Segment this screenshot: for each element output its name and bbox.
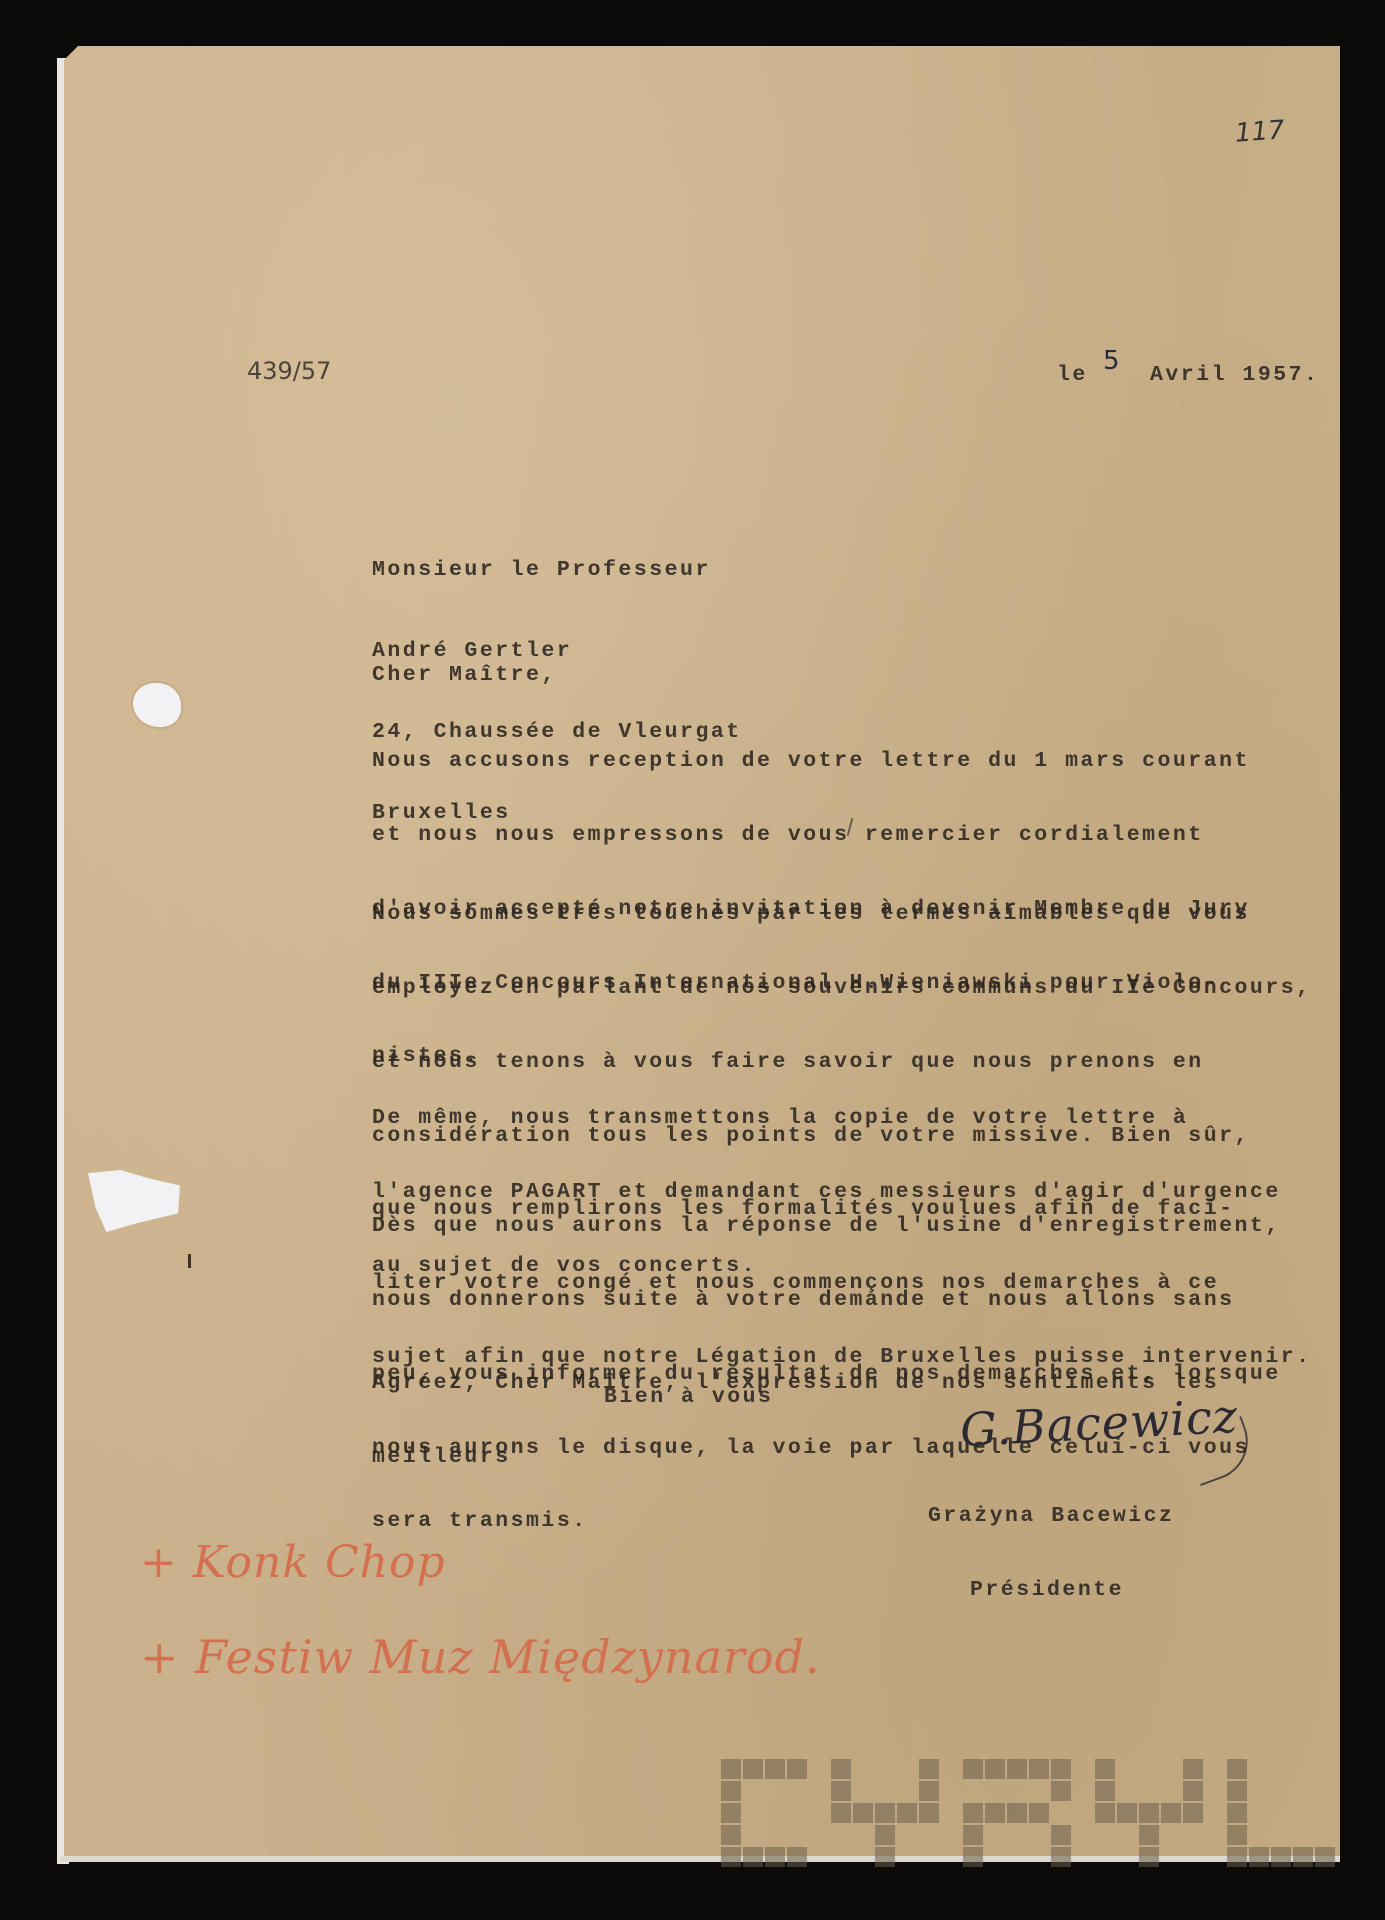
signer-block: Grażyna Bacewicz Présidente	[928, 1455, 1174, 1627]
watermark-cell	[743, 1759, 763, 1779]
text-line: employez en parlant de nos souvenirs com…	[372, 976, 1312, 1001]
watermark-cell	[1227, 1847, 1247, 1867]
watermark-cell	[1293, 1847, 1313, 1867]
watermark-cell	[1117, 1803, 1137, 1823]
date-month-year: Avril 1957.	[1150, 363, 1319, 388]
watermark-cell	[721, 1847, 741, 1867]
text-line: De même, nous transmettons la copie de v…	[372, 1106, 1281, 1131]
valediction: Bien à vous	[604, 1385, 773, 1410]
text-line: et nous nous empressons de vous remercie…	[372, 823, 1250, 848]
watermark-cell	[1227, 1825, 1247, 1845]
watermark-cell	[1161, 1803, 1181, 1823]
watermark-cell	[1007, 1803, 1027, 1823]
punch-hole-top	[133, 683, 181, 727]
watermark-cell	[919, 1781, 939, 1801]
watermark-cell	[787, 1759, 807, 1779]
watermark-cell	[897, 1803, 917, 1823]
watermark-cell	[831, 1803, 851, 1823]
watermark-cell	[1051, 1781, 1071, 1801]
signer-title: Présidente	[928, 1578, 1174, 1603]
watermark-cell	[1007, 1759, 1027, 1779]
watermark-cell	[1029, 1803, 1049, 1823]
watermark-cell	[963, 1825, 983, 1845]
watermark-cell	[743, 1847, 763, 1867]
watermark-cell	[1227, 1759, 1247, 1779]
watermark-cell	[721, 1781, 741, 1801]
watermark-cell	[875, 1803, 895, 1823]
watermark-cell	[1051, 1825, 1071, 1845]
text-line: Dès que nous aurons la réponse de l'usin…	[372, 1214, 1281, 1239]
watermark-cell	[1095, 1803, 1115, 1823]
text-line: Nous sommes très touchés par les termes …	[372, 902, 1312, 927]
watermark-cell	[1227, 1803, 1247, 1823]
watermark-cell	[1249, 1847, 1269, 1867]
watermark-cell	[919, 1803, 939, 1823]
text-line: Nous accusons reception de votre lettre …	[372, 749, 1250, 774]
address-line: André Gertler	[372, 638, 742, 665]
watermark-cell	[831, 1781, 851, 1801]
watermark-cell	[1183, 1781, 1203, 1801]
watermark-cell	[1139, 1803, 1159, 1823]
watermark-cell	[1029, 1759, 1049, 1779]
watermark-cell	[1139, 1825, 1159, 1845]
text-line: nous donnerons suite à votre demande et …	[372, 1288, 1281, 1313]
watermark-cell	[1095, 1759, 1115, 1779]
watermark-cell	[1139, 1847, 1159, 1867]
watermark-cell	[1095, 1781, 1115, 1801]
greeting: Cher Maître,	[372, 663, 557, 688]
watermark-cell	[875, 1825, 895, 1845]
watermark-cell	[721, 1803, 741, 1823]
watermark-cell	[875, 1847, 895, 1867]
signer-name: Grażyna Bacewicz	[928, 1504, 1174, 1529]
watermark-cell	[919, 1759, 939, 1779]
watermark-cell	[765, 1847, 785, 1867]
watermark-cell	[1315, 1847, 1335, 1867]
folio-number: 117	[1234, 115, 1286, 148]
margin-mark	[188, 1254, 191, 1268]
watermark-cell	[787, 1847, 807, 1867]
address-line: Monsieur le Professeur	[372, 557, 742, 584]
watermark-cell	[1227, 1781, 1247, 1801]
watermark-cell	[1051, 1759, 1071, 1779]
watermark-cell	[985, 1759, 1005, 1779]
watermark-cell	[831, 1759, 851, 1779]
watermark-cell	[721, 1825, 741, 1845]
red-annotation-2: + Festiw Muz Międzynarod.	[140, 1630, 821, 1684]
date-prefix: le	[1057, 363, 1088, 388]
date-day-handwritten: 5	[1103, 346, 1120, 376]
watermark-cell	[1183, 1803, 1203, 1823]
watermark-cell	[963, 1803, 983, 1823]
watermark-cell	[853, 1803, 873, 1823]
watermark-cell	[1183, 1759, 1203, 1779]
text-line: Agréez, Cher Maître, l'expression de nos…	[372, 1371, 1219, 1396]
watermark-cell	[985, 1803, 1005, 1823]
watermark-cell	[721, 1759, 741, 1779]
watermark-cell	[765, 1759, 785, 1779]
watermark-cell	[1051, 1847, 1071, 1867]
red-annotation-1: + Konk Chop	[140, 1537, 446, 1588]
watermark-cell	[1271, 1847, 1291, 1867]
watermark-cell	[963, 1847, 983, 1867]
reference-number: 439/57	[247, 359, 331, 384]
watermark-cell	[963, 1759, 983, 1779]
